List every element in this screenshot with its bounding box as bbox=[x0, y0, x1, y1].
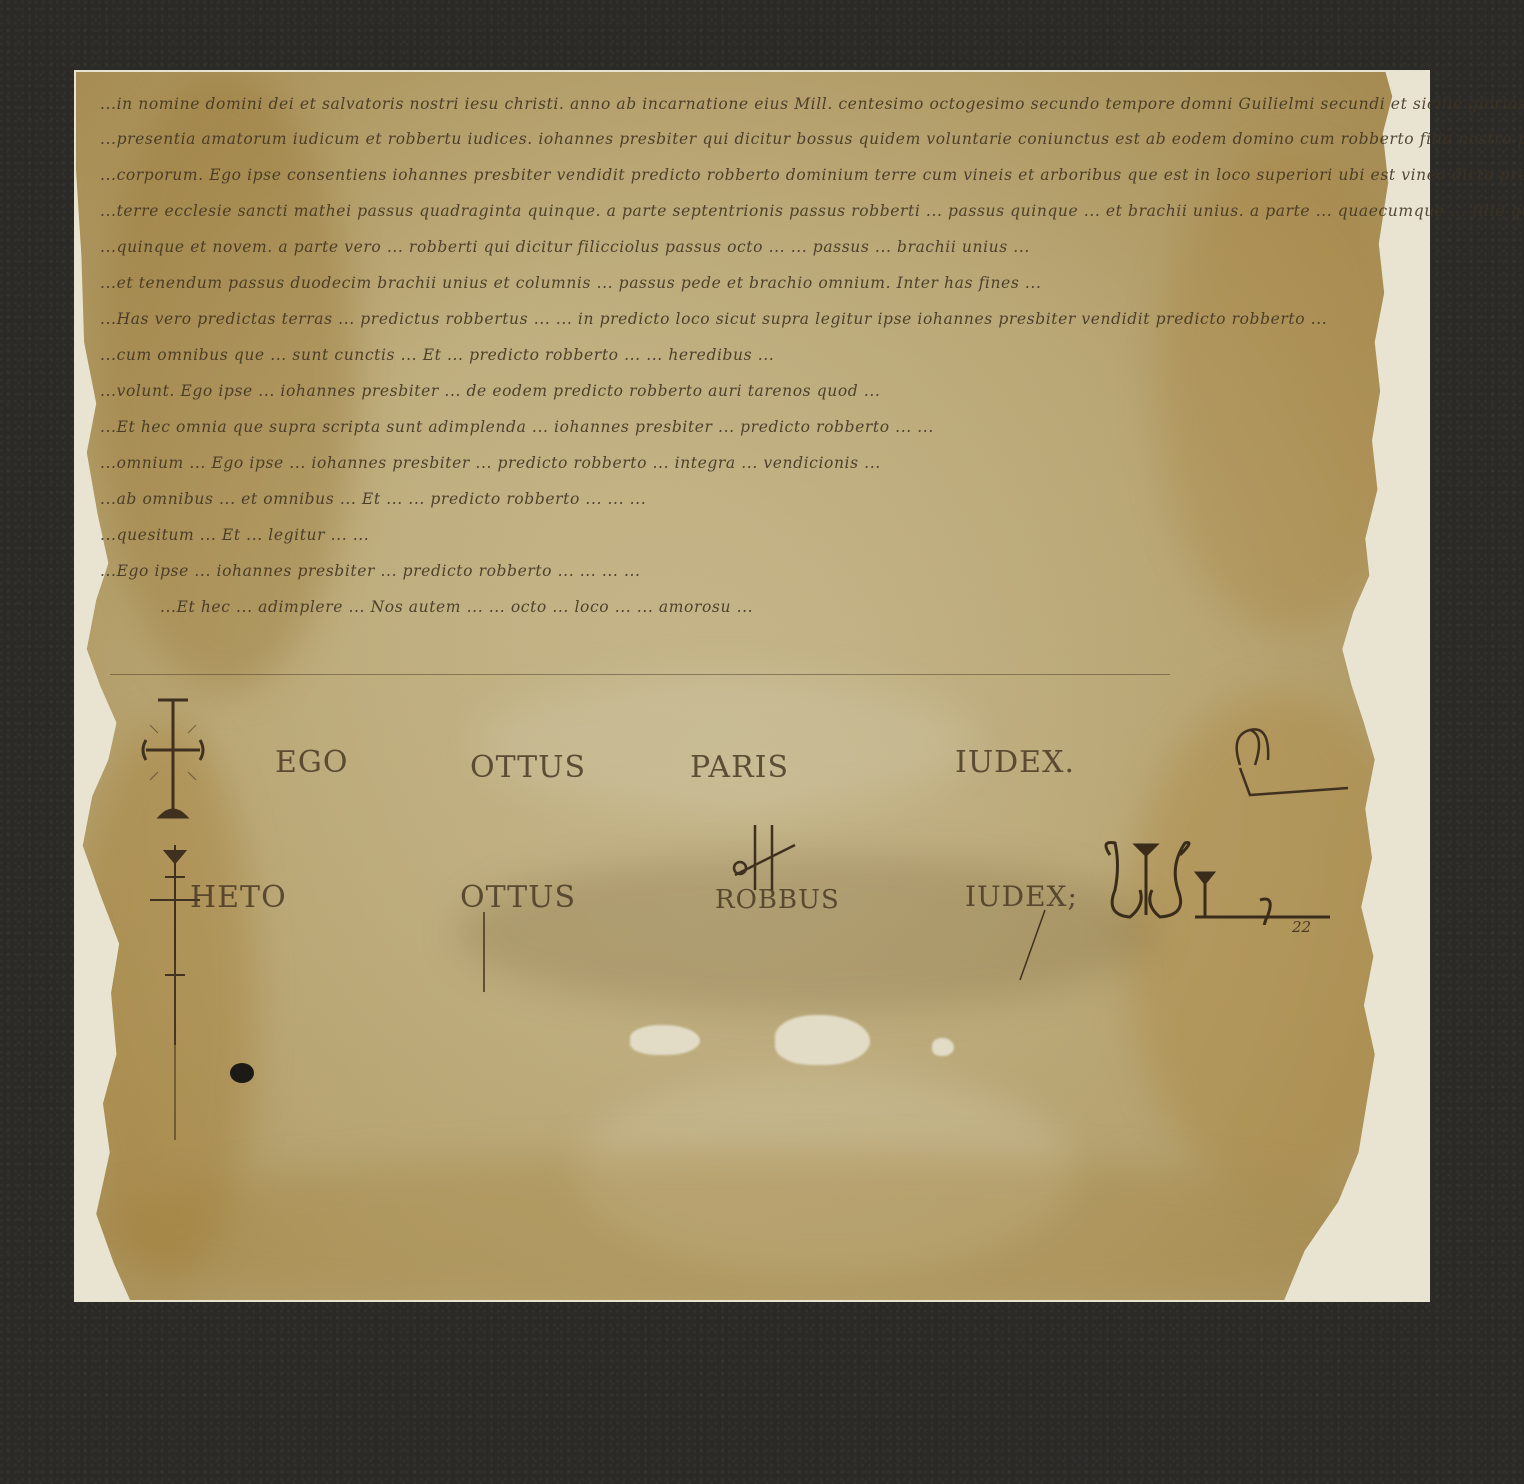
text-line: ...terre ecclesie sancti mathei passus q… bbox=[100, 202, 1524, 220]
text-line: ...et tenendum passus duodecim brachii u… bbox=[100, 274, 1041, 292]
signature-ego: EGO bbox=[275, 745, 348, 780]
text-line: ...quinque et novem. a parte vero ... ro… bbox=[100, 238, 1030, 256]
ruling-line bbox=[110, 674, 1170, 675]
stain bbox=[476, 672, 976, 812]
text-line: ...Et hec ... adimplere ... Nos autem ..… bbox=[160, 598, 753, 616]
signature-ottus-2: OTTUS bbox=[460, 880, 576, 915]
ruling-stroke bbox=[174, 960, 176, 1140]
text-line: ...ab omnibus ... et omnibus ... Et ... … bbox=[100, 490, 646, 508]
iudex-monogram-icon bbox=[1100, 835, 1340, 925]
parchment-loss bbox=[932, 1038, 954, 1056]
text-line: ...presentia amatorum iudicum et robbert… bbox=[100, 130, 1524, 148]
signature-paris: PARIS bbox=[690, 750, 789, 785]
signature-iudex: IUDEX. bbox=[955, 745, 1075, 780]
parchment-loss bbox=[630, 1025, 700, 1055]
text-line: ...Et hec omnia que supra scripta sunt a… bbox=[100, 418, 934, 436]
iudex-tail-stroke bbox=[1010, 905, 1050, 985]
signature-stroke bbox=[483, 912, 485, 992]
monogram-icon bbox=[1220, 720, 1350, 805]
text-line: ...in nomine domini dei et salvatoris no… bbox=[100, 95, 1524, 113]
marginal-note: 22 bbox=[1292, 918, 1311, 936]
text-line: ...Ego ipse ... iohannes presbiter ... p… bbox=[100, 562, 641, 580]
parchment-hole bbox=[230, 1063, 254, 1083]
text-line: ...Has vero predictas terras ... predict… bbox=[100, 310, 1327, 328]
text-line: ...omnium ... Ego ipse ... iohannes pres… bbox=[100, 454, 881, 472]
robbus-flourish-icon bbox=[730, 820, 800, 895]
parchment-sheet bbox=[76, 72, 1426, 1300]
text-line: ...cum omnibus que ... sunt cunctis ... … bbox=[100, 346, 774, 364]
stain bbox=[76, 1152, 1426, 1312]
signature-heto: HETO bbox=[190, 880, 287, 915]
text-line: ...corporum. Ego ipse consentiens iohann… bbox=[100, 166, 1524, 184]
text-line: ...volunt. Ego ipse ... iohannes presbit… bbox=[100, 382, 880, 400]
parchment-loss bbox=[775, 1015, 870, 1065]
signature-ottus: OTTUS bbox=[470, 750, 586, 785]
text-line: ...quesitum ... Et ... legitur ... ... bbox=[100, 526, 369, 544]
cross-signum-icon bbox=[138, 695, 208, 825]
stain bbox=[456, 852, 1156, 1012]
